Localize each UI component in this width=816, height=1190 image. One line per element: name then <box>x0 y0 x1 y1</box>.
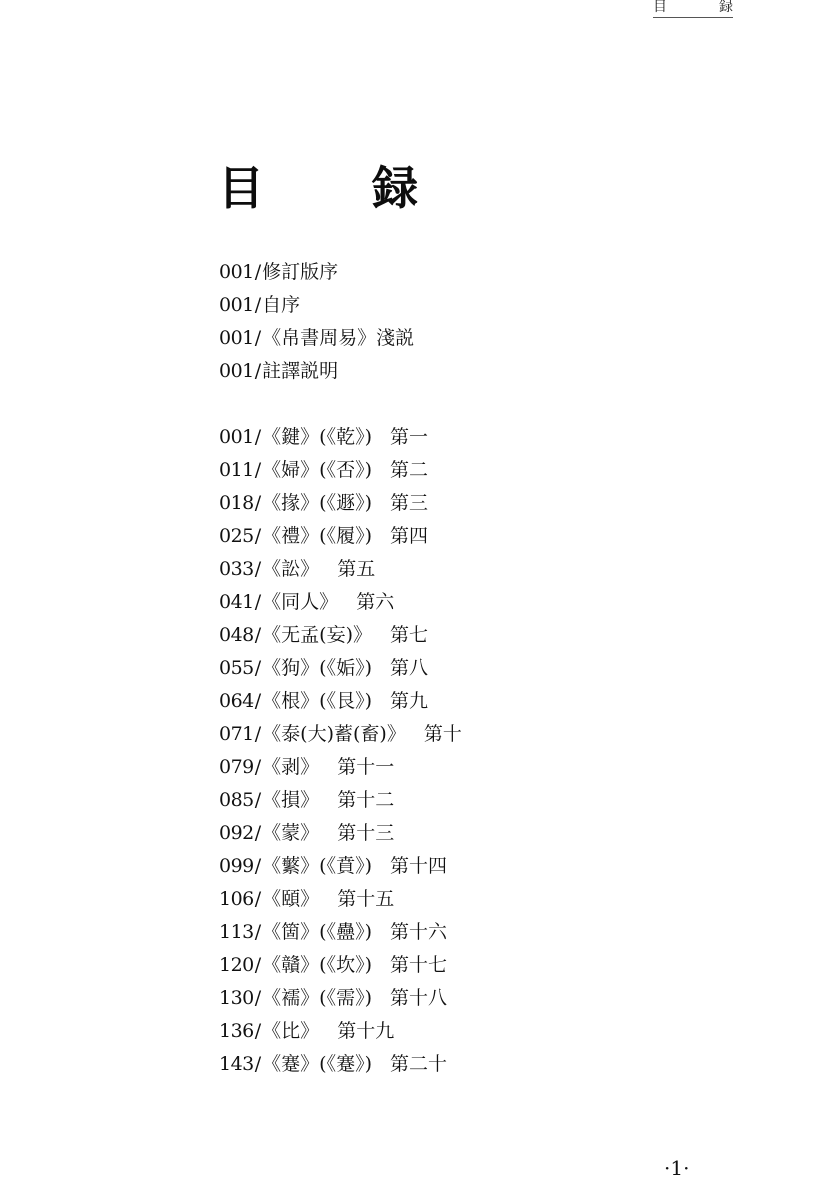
toc-page-number: 018 <box>219 487 254 520</box>
toc-separator: / <box>255 421 261 454</box>
toc-entry[interactable]: 085/《損》第十二 <box>219 784 462 817</box>
chapter-list: 001/《鍵》(《乾》)第一 011/《婦》(《否》)第二 018/《掾》(《遯… <box>219 421 462 1081</box>
toc-page-number: 085 <box>219 784 254 817</box>
toc-title: 註譯説明 <box>262 355 338 388</box>
toc-page-number: 001 <box>219 421 254 454</box>
toc-chapter-number: 第十四 <box>390 850 447 883</box>
toc-page-number: 011 <box>219 454 254 487</box>
toc-entry[interactable]: 055/《狗》(《姤》)第八 <box>219 652 462 685</box>
toc-separator: / <box>255 1015 261 1048</box>
toc-separator: / <box>255 1048 261 1081</box>
toc-chapter-number: 第五 <box>337 553 375 586</box>
toc-chapter-number: 第十一 <box>337 751 394 784</box>
toc-chapter-number: 第九 <box>390 685 428 718</box>
toc-separator: / <box>255 982 261 1015</box>
toc-entry[interactable]: 113/《箇》(《蠱》)第十六 <box>219 916 462 949</box>
toc-chapter-number: 第十二 <box>337 784 394 817</box>
toc-chapter-number: 第八 <box>390 652 428 685</box>
toc-separator: / <box>255 256 261 289</box>
toc-page-number: 113 <box>219 916 254 949</box>
toc-title: 《泰(大)蓄(畜)》 <box>262 718 406 751</box>
toc-entry[interactable]: 001/《鍵》(《乾》)第一 <box>219 421 462 454</box>
toc-page-number: 025 <box>219 520 254 553</box>
toc-separator: / <box>255 949 261 982</box>
toc-page-number: 064 <box>219 685 254 718</box>
toc-separator: / <box>255 817 261 850</box>
toc-title: 《剥》 <box>262 751 319 784</box>
toc-separator: / <box>255 784 261 817</box>
toc-title: 《狗》(《姤》) <box>262 652 372 685</box>
toc-entry[interactable]: 106/《頤》第十五 <box>219 883 462 916</box>
toc-page-number: 001 <box>219 355 254 388</box>
toc-title: 《損》 <box>262 784 319 817</box>
toc-separator: / <box>255 322 261 355</box>
toc-entry[interactable]: 064/《根》(《艮》)第九 <box>219 685 462 718</box>
toc-separator: / <box>255 619 261 652</box>
toc-separator: / <box>255 652 261 685</box>
toc-entry[interactable]: 041/《同人》第六 <box>219 586 462 619</box>
toc-entry[interactable]: 071/《泰(大)蓄(畜)》第十 <box>219 718 462 751</box>
toc-chapter-number: 第十 <box>424 718 462 751</box>
toc-title: 《訟》 <box>262 553 319 586</box>
toc-chapter-number: 第十八 <box>390 982 447 1015</box>
toc-entry[interactable]: 011/《婦》(《否》)第二 <box>219 454 462 487</box>
front-matter-list: 001/修訂版序 001/自序 001/《帛書周易》淺説 001/註譯説明 <box>219 256 462 388</box>
toc-separator: / <box>255 685 261 718</box>
toc-title: 《同人》 <box>262 586 338 619</box>
toc-page-number: 041 <box>219 586 254 619</box>
toc-entry[interactable]: 136/《比》第十九 <box>219 1015 462 1048</box>
toc-page-number: 071 <box>219 718 254 751</box>
toc-title: 《箇》(《蠱》) <box>262 916 372 949</box>
toc-entry[interactable]: 048/《无孟(妄)》第七 <box>219 619 462 652</box>
table-of-contents: 001/修訂版序 001/自序 001/《帛書周易》淺説 001/註譯説明 00… <box>219 256 462 1081</box>
page-title-left: 目 <box>218 160 264 216</box>
toc-title: 《根》(《艮》) <box>262 685 372 718</box>
toc-entry[interactable]: 025/《禮》(《履》)第四 <box>219 520 462 553</box>
toc-chapter-number: 第二 <box>390 454 428 487</box>
toc-separator: / <box>255 454 261 487</box>
running-header-right: 録 <box>719 0 733 14</box>
page-title: 目 録 <box>218 160 418 216</box>
toc-title: 《蘩》(《賁》) <box>262 850 372 883</box>
toc-chapter-number: 第十七 <box>390 949 447 982</box>
toc-separator: / <box>255 487 261 520</box>
toc-entry[interactable]: 079/《剥》第十一 <box>219 751 462 784</box>
toc-title: 《蹇》(《蹇》) <box>262 1048 372 1081</box>
toc-chapter-number: 第十六 <box>390 916 447 949</box>
toc-chapter-number: 第一 <box>390 421 428 454</box>
toc-page-number: 099 <box>219 850 254 883</box>
toc-chapter-number: 第十九 <box>337 1015 394 1048</box>
toc-separator: / <box>255 850 261 883</box>
toc-entry[interactable]: 143/《蹇》(《蹇》)第二十 <box>219 1048 462 1081</box>
toc-title: 《帛書周易》淺説 <box>262 322 414 355</box>
running-header: 目 録 <box>653 0 733 18</box>
toc-page-number: 001 <box>219 289 254 322</box>
toc-separator: / <box>255 718 261 751</box>
toc-page-number: 048 <box>219 619 254 652</box>
toc-separator: / <box>255 355 261 388</box>
toc-page-number: 120 <box>219 949 254 982</box>
toc-entry[interactable]: 001/修訂版序 <box>219 256 462 289</box>
toc-separator: / <box>255 520 261 553</box>
toc-separator: / <box>255 553 261 586</box>
toc-chapter-number: 第二十 <box>390 1048 447 1081</box>
toc-chapter-number: 第三 <box>390 487 428 520</box>
toc-page-number: 106 <box>219 883 254 916</box>
page-number: ·1· <box>664 1156 689 1180</box>
toc-chapter-number: 第十三 <box>337 817 394 850</box>
toc-title: 《婦》(《否》) <box>262 454 372 487</box>
toc-title: 《掾》(《遯》) <box>262 487 372 520</box>
toc-entry[interactable]: 018/《掾》(《遯》)第三 <box>219 487 462 520</box>
toc-title: 修訂版序 <box>262 256 338 289</box>
toc-page-number: 055 <box>219 652 254 685</box>
toc-entry[interactable]: 001/註譯説明 <box>219 355 462 388</box>
toc-entry[interactable]: 001/《帛書周易》淺説 <box>219 322 462 355</box>
toc-entry[interactable]: 099/《蘩》(《賁》)第十四 <box>219 850 462 883</box>
toc-title: 《贛》(《坎》) <box>262 949 372 982</box>
toc-title: 《蒙》 <box>262 817 319 850</box>
toc-page-number: 001 <box>219 322 254 355</box>
toc-separator: / <box>255 916 261 949</box>
toc-entry[interactable]: 120/《贛》(《坎》)第十七 <box>219 949 462 982</box>
toc-title: 《比》 <box>262 1015 319 1048</box>
toc-chapter-number: 第六 <box>356 586 394 619</box>
toc-page-number: 079 <box>219 751 254 784</box>
toc-separator: / <box>255 751 261 784</box>
toc-page-number: 092 <box>219 817 254 850</box>
toc-page-number: 143 <box>219 1048 254 1081</box>
toc-separator: / <box>255 586 261 619</box>
toc-entry[interactable]: 130/《襦》(《需》)第十八 <box>219 982 462 1015</box>
toc-page-number: 136 <box>219 1015 254 1048</box>
toc-separator: / <box>255 883 261 916</box>
toc-chapter-number: 第七 <box>390 619 428 652</box>
page-title-right: 録 <box>372 160 418 216</box>
toc-entry[interactable]: 001/自序 <box>219 289 462 322</box>
toc-page-number: 130 <box>219 982 254 1015</box>
toc-title: 《頤》 <box>262 883 319 916</box>
toc-separator: / <box>255 289 261 322</box>
toc-page-number: 033 <box>219 553 254 586</box>
toc-title: 《无孟(妄)》 <box>262 619 372 652</box>
toc-entry[interactable]: 033/《訟》第五 <box>219 553 462 586</box>
toc-chapter-number: 第四 <box>390 520 428 553</box>
toc-title: 《禮》(《履》) <box>262 520 372 553</box>
toc-title: 《襦》(《需》) <box>262 982 372 1015</box>
running-header-left: 目 <box>653 0 667 14</box>
toc-page-number: 001 <box>219 256 254 289</box>
toc-title: 《鍵》(《乾》) <box>262 421 372 454</box>
toc-entry[interactable]: 092/《蒙》第十三 <box>219 817 462 850</box>
toc-chapter-number: 第十五 <box>337 883 394 916</box>
toc-title: 自序 <box>262 289 300 322</box>
